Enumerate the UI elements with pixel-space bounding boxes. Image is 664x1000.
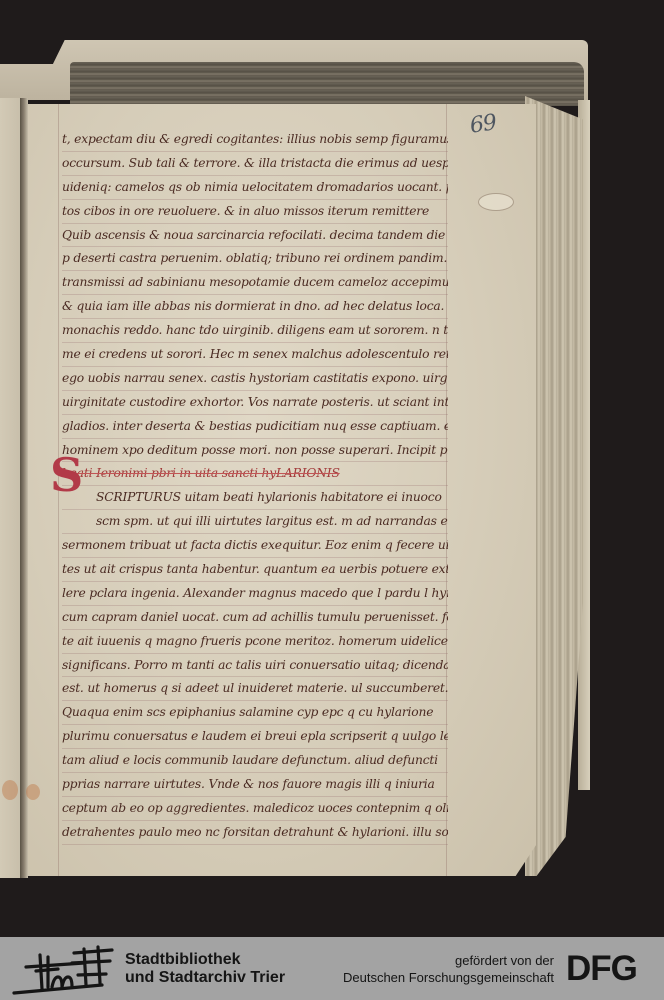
text-line: & quia iam ille abbas nis dormierat in d… <box>62 295 448 319</box>
folio-number: 69 <box>468 110 497 138</box>
decorated-initial: S <box>50 452 83 498</box>
text-line: monachis reddo. hanc tdo uirginib. dilig… <box>62 319 448 343</box>
text-line: lere pclara ingenia. Alexander magnus ma… <box>62 582 448 606</box>
text-line: uideniq: camelos qs ob nimia uelocitatem… <box>62 176 448 200</box>
library-line-1: Stadtbibliothek <box>125 951 285 969</box>
text-line: uirginitate custodire exhortor. Vos narr… <box>62 391 448 415</box>
text-line: te ait iuuenis q magno frueris pcone mer… <box>62 630 448 654</box>
text-line: ceptum ab eo op aggredientes. maledicoz … <box>62 797 448 821</box>
text-line: gladios. inter deserta & bestias pudicit… <box>62 415 448 439</box>
rubric-line: beati Ieronimi pbri in uita sancti hyLAR… <box>62 462 448 486</box>
dfg-logo: DFG <box>566 949 637 989</box>
text-line: transmissi ad sabinianu mesopotamie duce… <box>62 271 448 295</box>
text-line: hominem xpo deditum posse mori. non poss… <box>62 439 448 463</box>
manuscript-scan: 69 t, expectam diu & egredi cogitantes: … <box>0 0 664 937</box>
text-line: cum capram daniel uocat. cum ad achillis… <box>62 606 448 630</box>
funder-line-1: gefördert von der <box>343 952 554 969</box>
text-line: tos cibos in ore reuoluere. & in aluo mi… <box>62 200 448 224</box>
text-line: ego uobis narrau senex. castis hystoriam… <box>62 367 448 391</box>
text-line: me ei credens ut sorori. Hec m senex mal… <box>62 343 448 367</box>
library-name: Stadtbibliothek und Stadtarchiv Trier <box>125 951 285 987</box>
stadtbibliothek-trier-logo-icon <box>12 943 120 997</box>
text-line: plurimu conuersatus e laudem ei breui ep… <box>62 725 448 749</box>
attribution-banner: Stadtbibliothek und Stadtarchiv Trier ge… <box>0 937 664 1000</box>
text-line: t, expectam diu & egredi cogitantes: ill… <box>62 128 448 152</box>
gutter <box>20 98 28 878</box>
text-line: detrahentes paulo meo nc forsitan detrah… <box>62 821 448 845</box>
text-line: pprias narrare uirtutes. Vnde & nos fauo… <box>62 773 448 797</box>
text-line: Quib ascensis & noua sarcinarcia refocil… <box>62 224 448 248</box>
stain <box>26 784 40 800</box>
text-line: tes ut ait crispus tanta habentur. quant… <box>62 558 448 582</box>
text-line: occursum. Sub tali & terrore. & illa tri… <box>62 152 448 176</box>
text-line: est. ut homerus q si adeet ul inuideret … <box>62 677 448 701</box>
text-line: SCRIPTURUS uitam beati hylarionis habita… <box>62 486 448 510</box>
text-line: tam aliud e locis communib laudare defun… <box>62 749 448 773</box>
stain <box>2 780 18 800</box>
text-line: p deserti castra peruenim. oblatiq; trib… <box>62 247 448 271</box>
text-line: scm spm. ut qui illi uirtutes largitus e… <box>62 510 448 534</box>
funder-line-2: Deutschen Forschungsgemeinschaft <box>343 969 554 986</box>
manuscript-text: t, expectam diu & egredi cogitantes: ill… <box>62 128 448 845</box>
text-line: significans. Porro m tanti ac talis uiri… <box>62 654 448 678</box>
library-line-2: und Stadtarchiv Trier <box>125 969 285 987</box>
funder-text: gefördert von der Deutschen Forschungsge… <box>343 952 554 986</box>
page-edges-top <box>70 62 584 106</box>
text-line: sermonem tribuat ut facta dictis exequit… <box>62 534 448 558</box>
parchment-hole <box>478 193 514 211</box>
text-line: Quaqua enim scs epiphanius salamine cyp … <box>62 701 448 725</box>
